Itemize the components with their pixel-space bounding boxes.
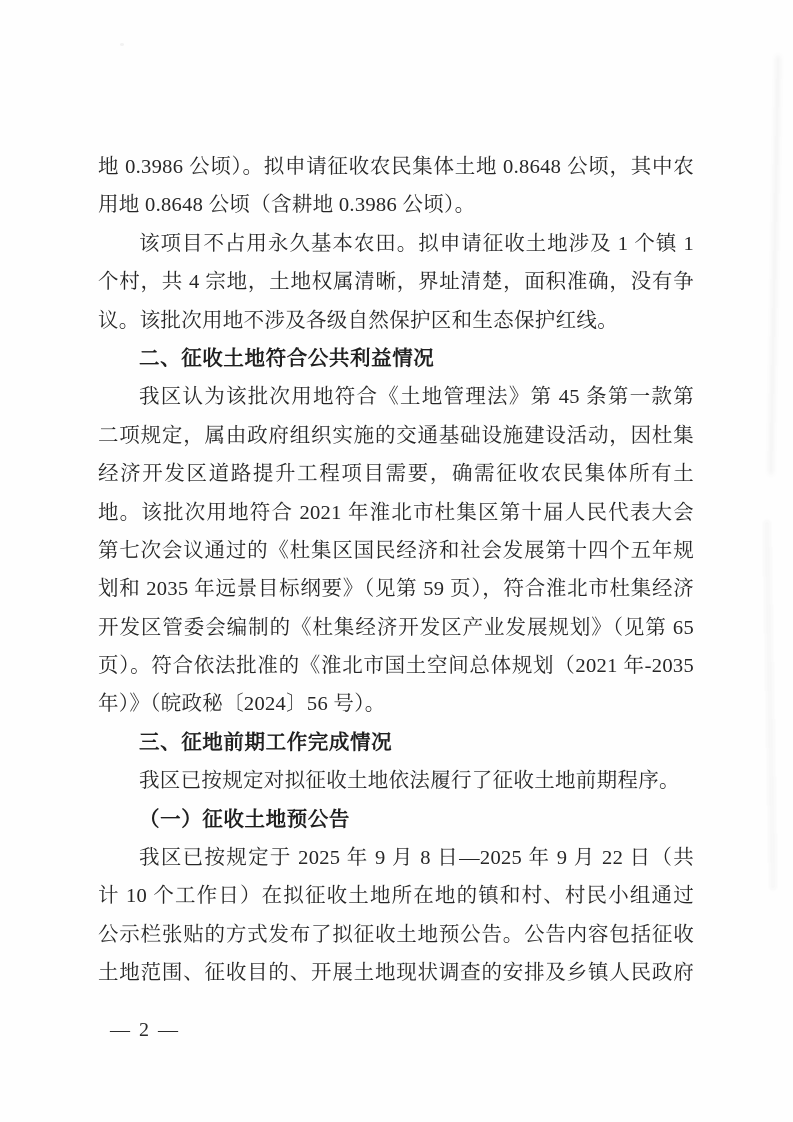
text-line: 计 10 个工作日）在拟征收土地所在地的镇和村、村民小组通过	[98, 877, 694, 915]
paragraph: 我区已按规定对拟征收土地依法履行了征收土地前期程序。	[98, 762, 694, 800]
text-line: 用地 0.8648 公顷（含耕地 0.3986 公顷）。	[98, 186, 694, 224]
document-body: 地 0.3986 公顷）。拟申请征收农民集体土地 0.8648 公顷，其中农用地…	[98, 148, 694, 993]
section-heading: （一）征收土地预公告	[98, 801, 694, 839]
text-line: 土地范围、征收目的、开展土地现状调查的安排及乡镇人民政府	[98, 954, 694, 992]
text-line: 地。该批次用地符合 2021 年淮北市杜集区第十届人民代表大会	[98, 494, 694, 532]
text-line: 个村，共 4 宗地，土地权属清晰，界址清楚，面积准确，没有争	[98, 263, 694, 301]
document-page: 地 0.3986 公顷）。拟申请征收农民集体土地 0.8648 公顷，其中农用地…	[0, 0, 793, 1122]
scan-artifact	[768, 55, 780, 475]
text-line: 二、征收土地符合公共利益情况	[98, 340, 694, 378]
text-line: 我区已按规定对拟征收土地依法履行了征收土地前期程序。	[98, 762, 694, 800]
text-line: 开发区管委会编制的《杜集经济开发区产业发展规划》（见第 65	[98, 609, 694, 647]
scan-artifact	[764, 520, 776, 890]
text-line: 年）》（皖政秘〔2024〕56 号）。	[98, 685, 694, 723]
text-line: 公示栏张贴的方式发布了拟征收土地预公告。公告内容包括征收	[98, 916, 694, 954]
section-heading: 二、征收土地符合公共利益情况	[98, 340, 694, 378]
text-line: 二项规定，属由政府组织实施的交通基础设施建设活动，因杜集	[98, 417, 694, 455]
text-line: 第七次会议通过的《杜集区国民经济和社会发展第十四个五年规	[98, 532, 694, 570]
section-heading: 三、征地前期工作完成情况	[98, 724, 694, 762]
text-line: 划和 2035 年远景目标纲要》（见第 59 页），符合淮北市杜集经济	[98, 570, 694, 608]
scan-artifact	[120, 43, 124, 46]
text-line: （一）征收土地预公告	[98, 801, 694, 839]
paragraph: 我区已按规定于 2025 年 9 月 8 日—2025 年 9 月 22 日（共…	[98, 839, 694, 993]
paragraph: 我区认为该批次用地符合《土地管理法》第 45 条第一款第二项规定，属由政府组织实…	[98, 378, 694, 724]
text-line: 议。该批次用地不涉及各级自然保护区和生态保护红线。	[98, 302, 694, 340]
text-line: 该项目不占用永久基本农田。拟申请征收土地涉及 1 个镇 1	[98, 225, 694, 263]
text-line: 经济开发区道路提升工程项目需要，确需征收农民集体所有土	[98, 455, 694, 493]
text-line: 我区已按规定于 2025 年 9 月 8 日—2025 年 9 月 22 日（共	[98, 839, 694, 877]
text-line: 三、征地前期工作完成情况	[98, 724, 694, 762]
text-line: 页）。符合依法批准的《淮北市国土空间总体规划（2021 年-2035	[98, 647, 694, 685]
paragraph: 地 0.3986 公顷）。拟申请征收农民集体土地 0.8648 公顷，其中农用地…	[98, 148, 694, 225]
paragraph: 该项目不占用永久基本农田。拟申请征收土地涉及 1 个镇 1个村，共 4 宗地，土…	[98, 225, 694, 340]
text-line: 地 0.3986 公顷）。拟申请征收农民集体土地 0.8648 公顷，其中农	[98, 148, 694, 186]
text-line: 我区认为该批次用地符合《土地管理法》第 45 条第一款第	[98, 378, 694, 416]
page-footer: — 2 —	[110, 1016, 180, 1044]
